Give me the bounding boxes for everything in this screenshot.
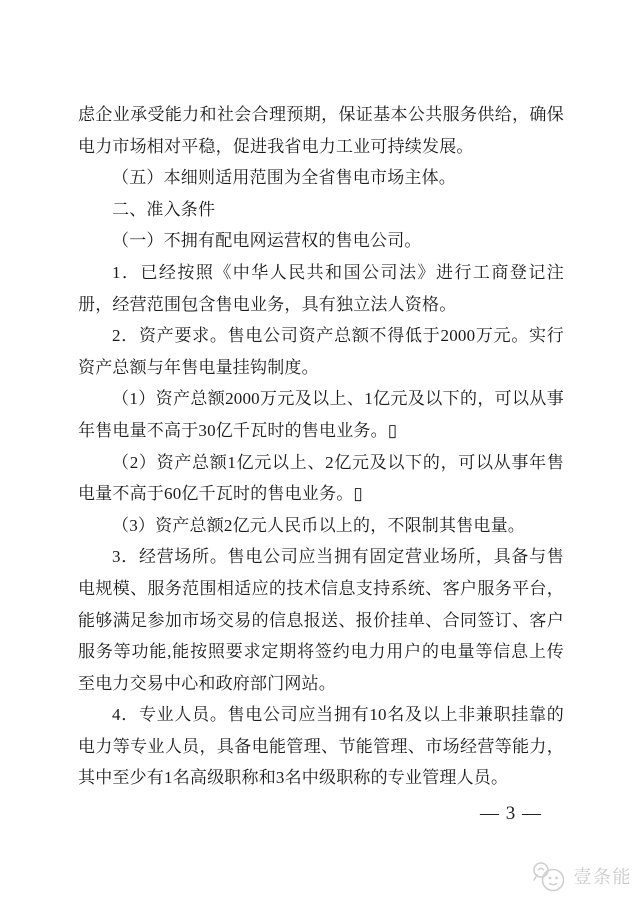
page-number: — 3 — — [480, 803, 542, 825]
paragraph-clause-4: 4．专业人员。售电公司应当拥有10名及以上非兼职挂靠的电力等专业人员，具备电能管… — [78, 699, 564, 794]
document-body: 虑企业承受能力和社会合理预期，保证基本公共服务供给，确保电力市场相对平稳，促进我… — [78, 99, 564, 794]
watermark-brand-text: 壹条能 — [574, 868, 633, 886]
document-page: 虑企业承受能力和社会合理预期，保证基本公共服务供给，确保电力市场相对平稳，促进我… — [0, 0, 640, 906]
watermark: 壹条能 — [529, 859, 633, 895]
paragraph-continuation: 虑企业承受能力和社会合理预期，保证基本公共服务供给，确保电力市场相对平稳，促进我… — [78, 99, 564, 162]
paragraph-clause-3: 3．经营场所。售电公司应当拥有固定营业场所，具备与售电规模、服务范围相适应的技术… — [78, 541, 564, 699]
paragraph-clause-2: 2．资产要求。售电公司资产总额不得低于2000万元。实行资产总额与年售电量挂钩制… — [78, 320, 564, 383]
paragraph-item-5: （五）本细则适用范围为全省售电市场主体。 — [78, 162, 564, 194]
paragraph-subsection-1: （一）不拥有配电网运营权的售电公司。 — [78, 225, 564, 257]
paragraph-clause-1: 1．已经按照《中华人民共和国公司法》进行工商登记注册，经营范围包含售电业务，具有… — [78, 257, 564, 320]
paragraph-clause-2-item-2: （2）资产总额1亿元以上、2亿元及以下的，可以从事年售电量不高于60亿千瓦时的售… — [78, 447, 564, 510]
section-heading-2: 二、准入条件 — [78, 194, 564, 226]
brand-logo-icon — [529, 859, 571, 895]
paragraph-clause-2-item-1: （1）资产总额2000万元及以上、1亿元及以下的，可以从事年售电量不高于30亿千… — [78, 383, 564, 446]
paragraph-clause-2-item-3: （3）资产总额2亿元人民币以上的，不限制其售电量。 — [78, 510, 564, 542]
